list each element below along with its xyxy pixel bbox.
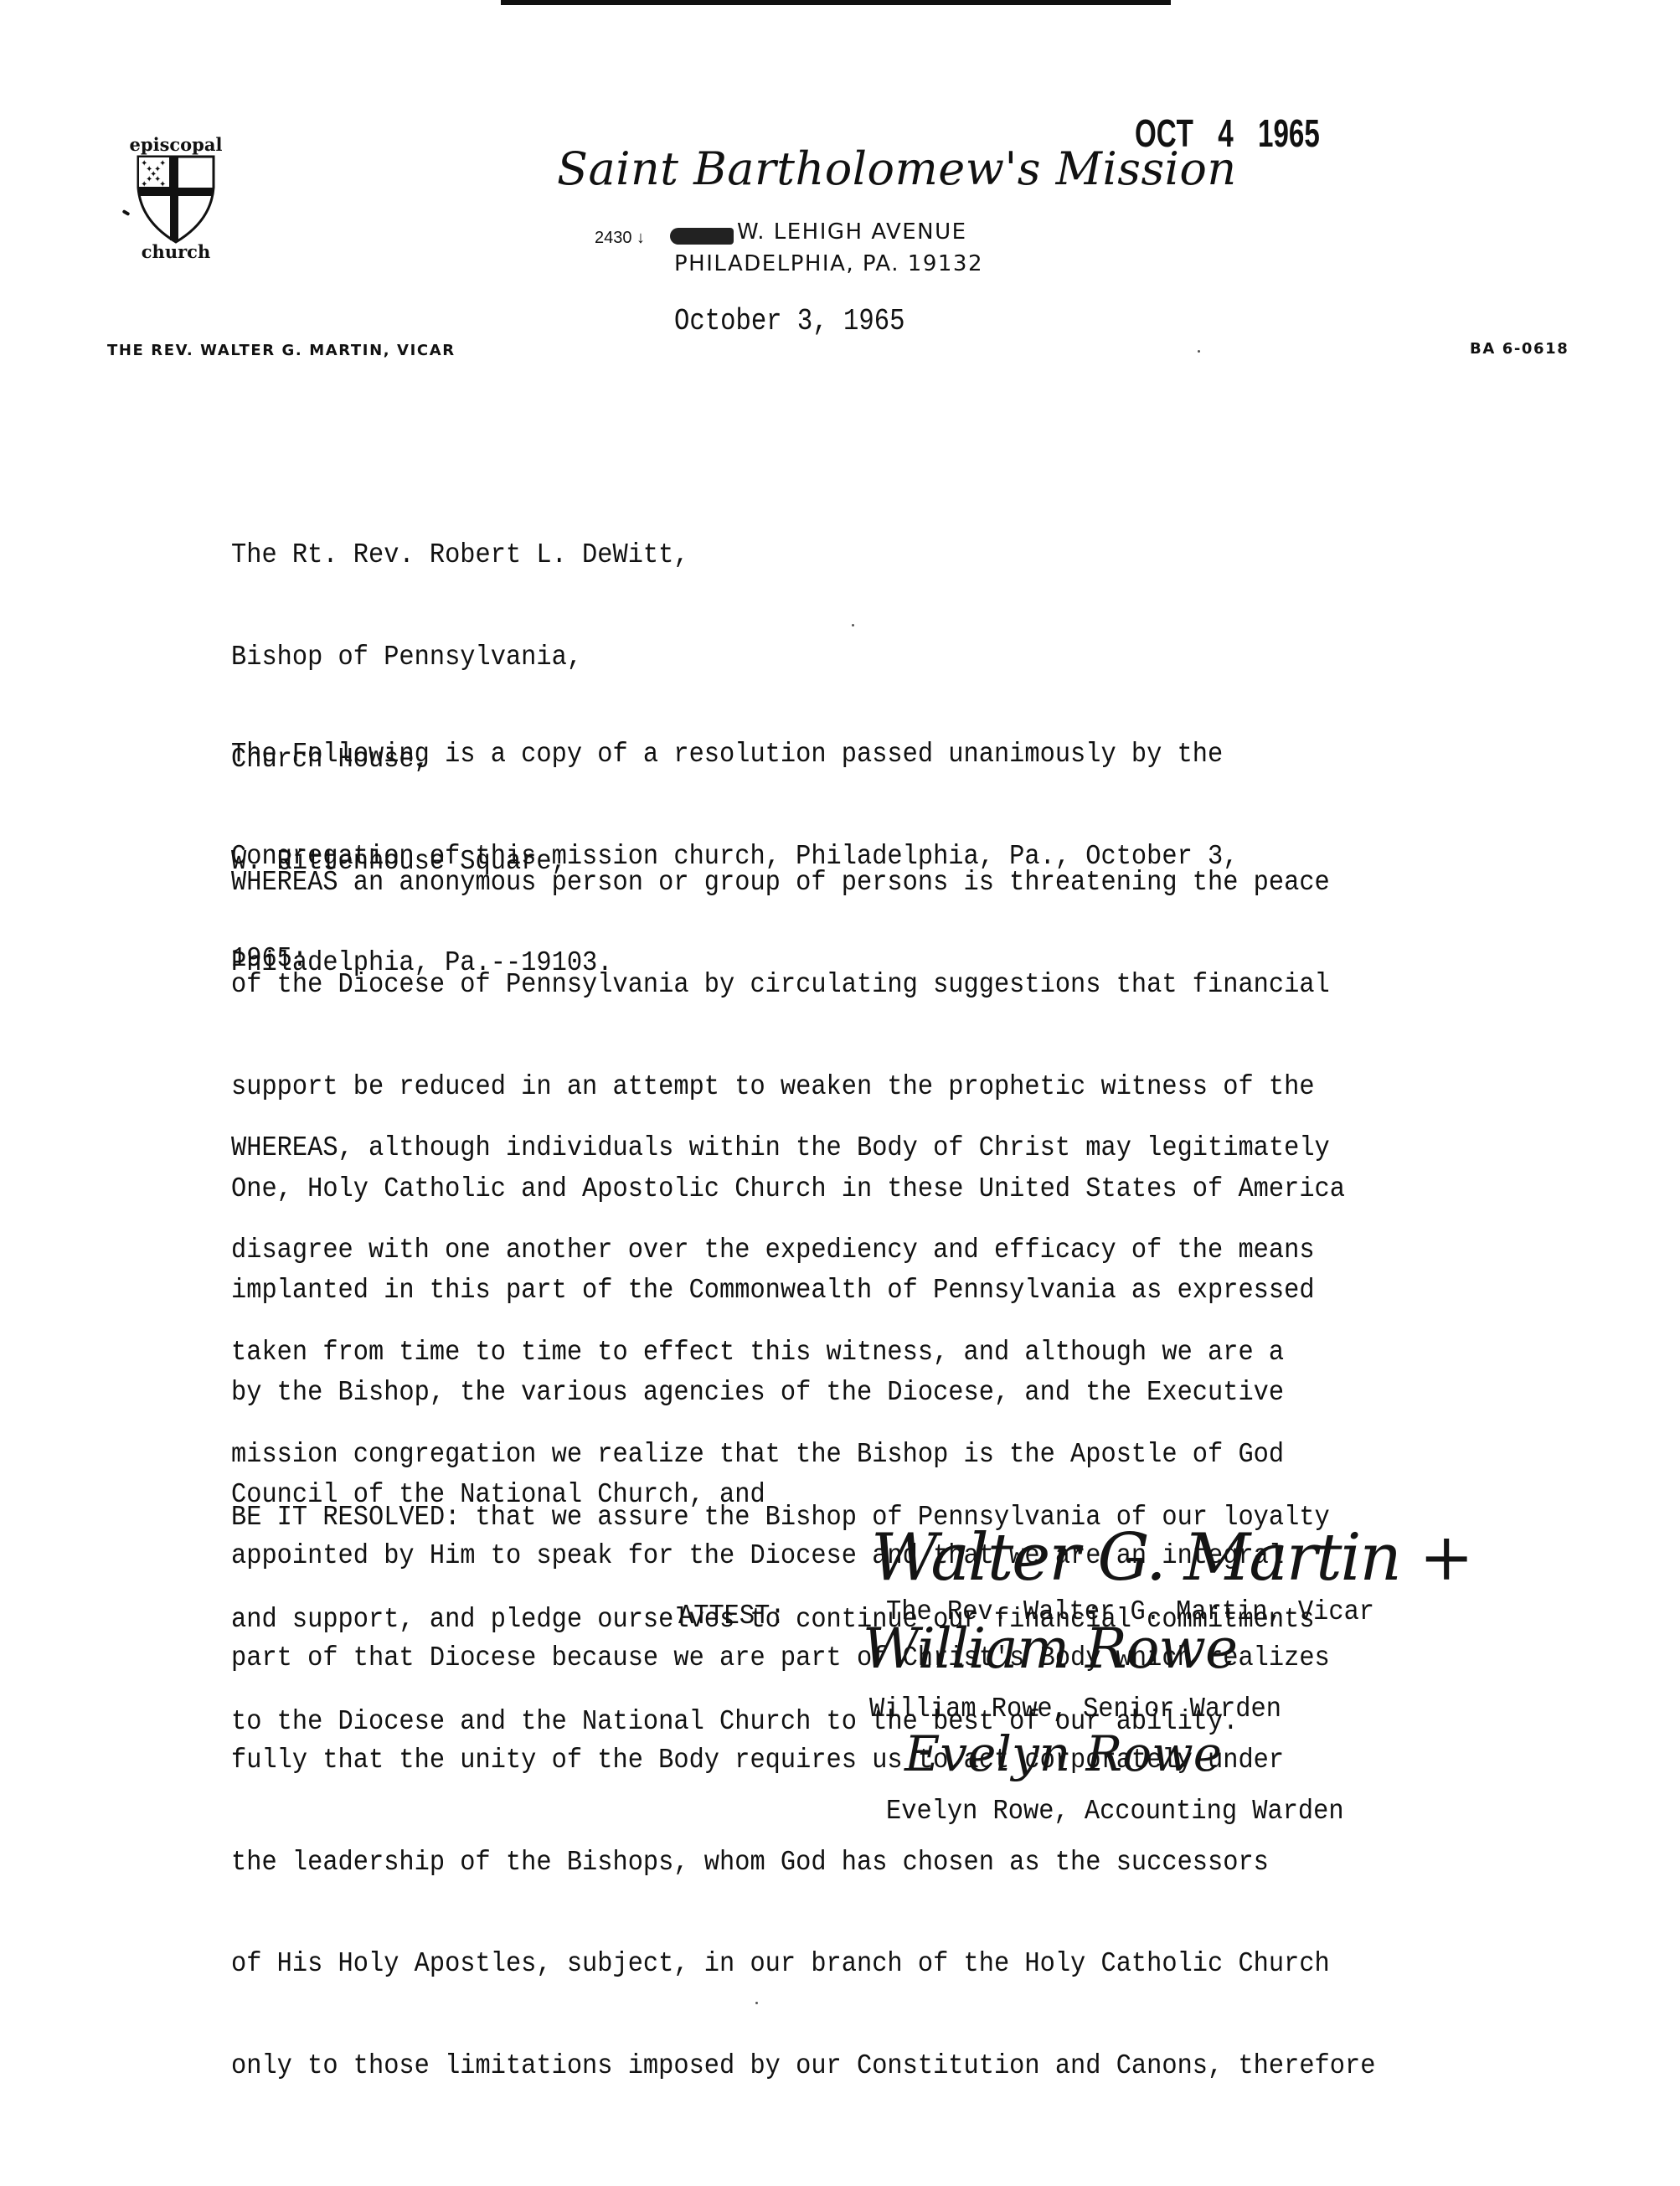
svg-text:✦: ✦	[159, 180, 166, 189]
text-line: only to those limitations imposed by our…	[231, 2049, 1375, 2084]
signature-walter-martin: Walter G. Martin +	[871, 1520, 1472, 1596]
phone-number: BA 6-0618	[1470, 340, 1569, 358]
text-line: The Following is a copy of a resolution …	[231, 738, 1238, 772]
text-line: the leadership of the Bishops, whom God …	[231, 1846, 1375, 1880]
addressee-line: The Rt. Rev. Robert L. DeWitt,	[231, 539, 689, 573]
signature-william-rowe: William Rowe	[863, 1616, 1237, 1681]
signature-evelyn-rowe: Evelyn Rowe	[904, 1725, 1222, 1782]
svg-text:✦: ✦	[141, 180, 147, 189]
address-street: W. LEHIGH AVENUE	[737, 219, 967, 245]
scan-speck	[1198, 350, 1200, 353]
scan-speck	[852, 624, 854, 626]
vicar-name: THE REV. WALTER G. MARTIN, VICAR	[107, 342, 456, 359]
signatory-name-accounting-warden: Evelyn Rowe, Accounting Warden	[886, 1796, 1344, 1827]
letter-date: October 3, 1965	[674, 304, 904, 338]
episcopal-shield-icon: ✦✦ ✦✦ ✦ ✦✦ ✦✦	[136, 154, 216, 245]
address-city: PHILADELPHIA, PA. 19132	[674, 251, 983, 276]
text-line: taken from time to time to effect this w…	[231, 1336, 1375, 1370]
text-line: WHEREAS, although individuals within the…	[231, 1132, 1375, 1166]
episcopal-church-logo: episcopal ✦✦ ✦✦ ✦ ✦✦ ✦✦ church	[117, 134, 234, 268]
signatory-name-senior-warden: William Rowe, Senior Warden	[869, 1694, 1281, 1725]
received-date-stamp: OCT 4 1965	[1135, 111, 1320, 156]
scan-speck	[755, 2002, 758, 2004]
text-line: of His Holy Apostles, subject, in our br…	[231, 1947, 1375, 1982]
text-line: WHEREAS an anonymous person or group of …	[231, 866, 1345, 900]
logo-bottom-text: church	[117, 241, 234, 262]
handwritten-street-number: 2430 ↓	[595, 229, 645, 248]
text-line: disagree with one another over the exped…	[231, 1234, 1375, 1268]
struck-street-number	[670, 228, 734, 245]
scan-edge-bar	[501, 0, 1171, 5]
attest-label: ATTEST:	[678, 1600, 786, 1634]
text-line: of the Diocese of Pennsylvania by circul…	[231, 968, 1345, 1003]
logo-top-text: episcopal	[117, 134, 234, 155]
